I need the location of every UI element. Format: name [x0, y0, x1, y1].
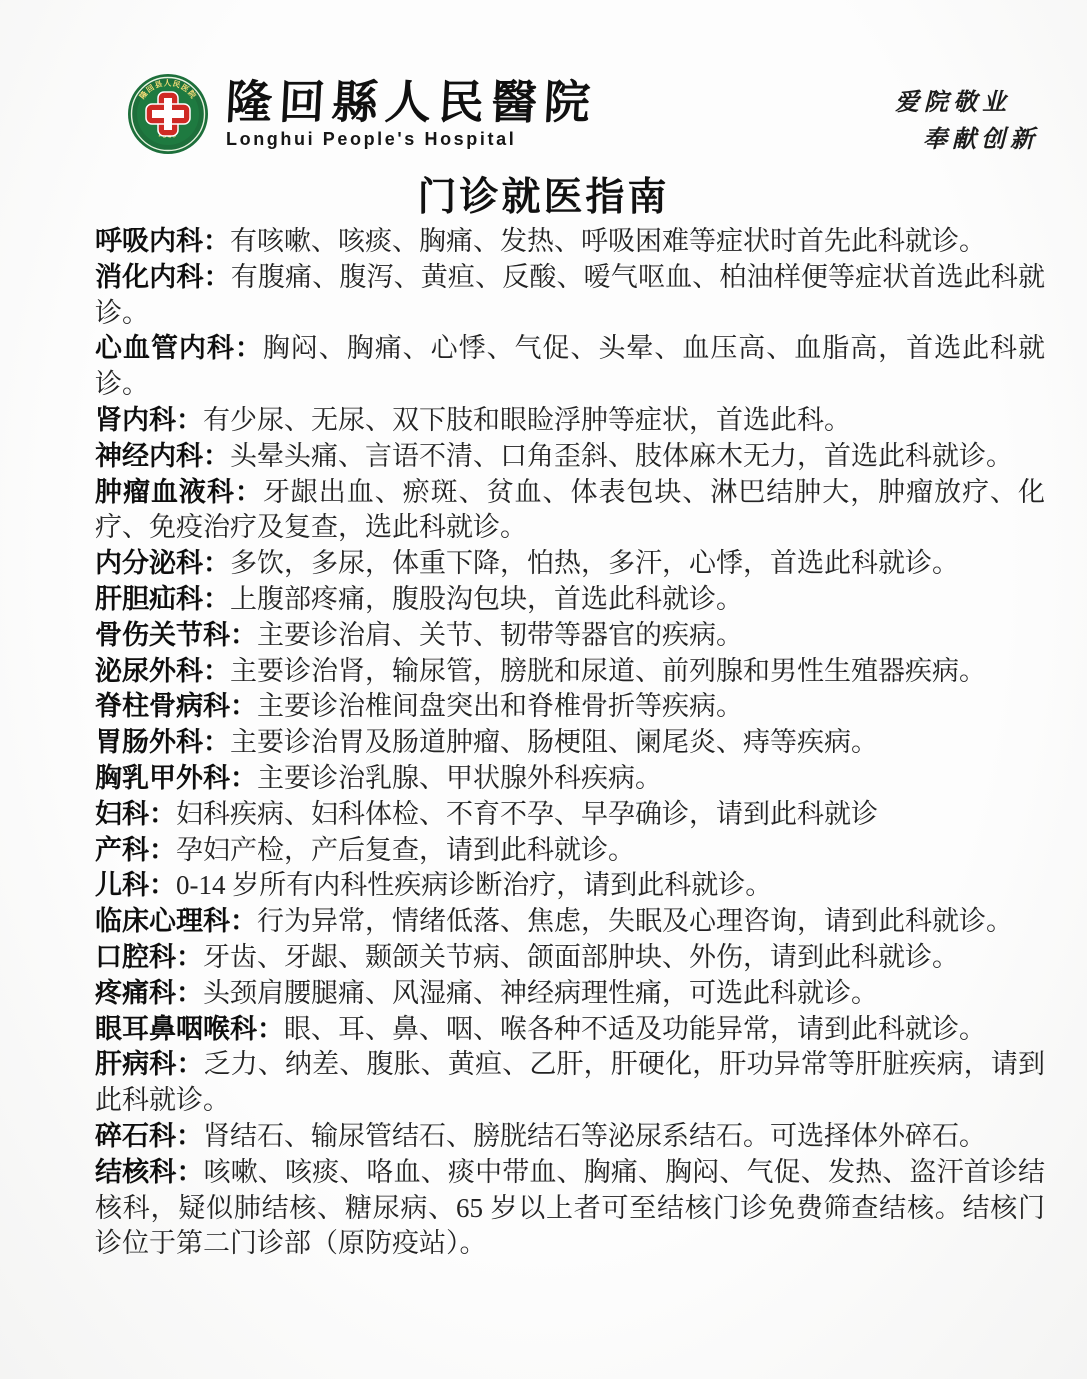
department-name: 疼痛科： [95, 978, 203, 1008]
hospital-motto: 爱院敬业 奉献创新 [895, 90, 1039, 151]
department-name: 碎石科： [95, 1121, 203, 1151]
department-description: 主要诊治胃及肠道肿瘤、肠梗阻、阑尾炎、痔等疾病。 [230, 727, 878, 757]
department-name: 肝胆疝科： [95, 584, 230, 614]
document-page: 隆回县人民医院 1949 隆回縣人民醫院 Longhui People's Ho… [0, 0, 1087, 1379]
department-name: 肾内科： [95, 405, 203, 435]
department-entry: 肝胆疝科：上腹部疼痛，腹股沟包块，首选此科就诊。 [95, 582, 1045, 618]
department-entry: 碎石科：肾结石、输尿管结石、膀胱结石等泌尿系结石。可选择体外碎石。 [95, 1119, 1045, 1155]
department-guide-list: 呼吸内科：有咳嗽、咳痰、胸痛、发热、呼吸困难等症状时首先此科就诊。 消化内科：有… [95, 224, 1045, 1262]
motto-line2: 奉献创新 [923, 127, 1039, 151]
department-description: 妇科疾病、妇科体检、不育不孕、早孕确诊，请到此科就诊 [176, 799, 878, 829]
hospital-name-block: 隆回縣人民醫院 Longhui People's Hospital [226, 72, 597, 150]
department-description: 有少尿、无尿、双下肢和眼睑浮肿等症状，首选此科。 [203, 405, 851, 435]
hospital-name-en: Longhui People's Hospital [226, 129, 597, 150]
department-description: 有咳嗽、咳痰、胸痛、发热、呼吸困难等症状时首先此科就诊。 [230, 226, 986, 256]
department-name: 妇科： [95, 799, 176, 829]
department-name: 临床心理科： [95, 906, 257, 936]
department-name: 胃肠外科： [95, 727, 230, 757]
department-name: 呼吸内科： [95, 226, 230, 256]
department-description: 乏力、纳差、腹胀、黄疸、乙肝，肝硬化，肝功异常等肝脏疾病，请到此科就诊。 [95, 1049, 1045, 1115]
department-entry: 结核科：咳嗽、咳痰、咯血、痰中带血、胸痛、胸闷、气促、发热、盗汗首诊结核科，疑似… [95, 1155, 1045, 1262]
department-description: 头晕头痛、言语不清、口角歪斜、肢体麻木无力，首选此科就诊。 [230, 441, 1013, 471]
department-name: 内分泌科： [95, 548, 230, 578]
department-entry: 口腔科：牙齿、牙龈、颞颌关节病、颌面部肿块、外伤，请到此科就诊。 [95, 940, 1045, 976]
department-entry: 心血管内科：胸闷、胸痛、心悸、气促、头晕、血压高、血脂高，首选此科就诊。 [95, 331, 1045, 403]
department-name: 胸乳甲外科： [95, 763, 257, 793]
department-name: 结核科： [95, 1157, 204, 1187]
page-title: 门诊就医指南 [0, 166, 1087, 222]
department-name: 心血管内科： [95, 333, 263, 363]
hospital-name-zh: 隆回縣人民醫院 [225, 78, 599, 126]
department-entry: 内分泌科：多饮，多尿，体重下降，怕热，多汗，心悸，首选此科就诊。 [95, 546, 1045, 582]
department-entry: 肾内科：有少尿、无尿、双下肢和眼睑浮肿等症状，首选此科。 [95, 403, 1045, 439]
department-entry: 脊柱骨病科：主要诊治椎间盘突出和脊椎骨折等疾病。 [95, 689, 1045, 725]
department-entry: 妇科：妇科疾病、妇科体检、不育不孕、早孕确诊，请到此科就诊 [95, 797, 1045, 833]
department-entry: 骨伤关节科：主要诊治肩、关节、韧带等器官的疾病。 [95, 618, 1045, 654]
department-entry: 呼吸内科：有咳嗽、咳痰、胸痛、发热、呼吸困难等症状时首先此科就诊。 [95, 224, 1045, 260]
department-name: 脊柱骨病科： [95, 691, 257, 721]
department-entry: 产科：孕妇产检，产后复查，请到此科就诊。 [95, 833, 1045, 869]
department-description: 孕妇产检，产后复查，请到此科就诊。 [176, 835, 635, 865]
department-entry: 神经内科：头晕头痛、言语不清、口角歪斜、肢体麻木无力，首选此科就诊。 [95, 439, 1045, 475]
hospital-logo-icon: 隆回县人民医院 1949 [126, 72, 210, 156]
department-name: 神经内科： [95, 441, 230, 471]
department-name: 儿科： [95, 870, 176, 900]
department-entry: 消化内科：有腹痛、腹泻、黄疸、反酸、嗳气呕血、柏油样便等症状首选此科就诊。 [95, 260, 1045, 332]
department-description: 有腹痛、腹泻、黄疸、反酸、嗳气呕血、柏油样便等症状首选此科就诊。 [95, 262, 1045, 328]
department-description: 0-14 岁所有内科性疾病诊断治疗，请到此科就诊。 [176, 870, 772, 900]
department-description: 多饮，多尿，体重下降，怕热，多汗，心悸，首选此科就诊。 [230, 548, 959, 578]
department-entry: 临床心理科：行为异常，情绪低落、焦虑，失眠及心理咨询，请到此科就诊。 [95, 904, 1045, 940]
department-name: 肝病科： [95, 1049, 204, 1079]
motto-line1: 爱院敬业 [895, 90, 1039, 114]
department-description: 咳嗽、咳痰、咯血、痰中带血、胸痛、胸闷、气促、发热、盗汗首诊结核科，疑似肺结核、… [95, 1157, 1045, 1259]
department-entry: 肿瘤血液科：牙龈出血、瘀斑、贫血、体表包块、淋巴结肿大，肿瘤放疗、化疗、免疫治疗… [95, 475, 1045, 547]
department-description: 主要诊治乳腺、甲状腺外科疾病。 [257, 763, 662, 793]
department-description: 牙齿、牙龈、颞颌关节病、颌面部肿块、外伤，请到此科就诊。 [203, 942, 959, 972]
department-entry: 肝病科：乏力、纳差、腹胀、黄疸、乙肝，肝硬化，肝功异常等肝脏疾病，请到此科就诊。 [95, 1047, 1045, 1119]
department-entry: 泌尿外科：主要诊治肾，输尿管，膀胱和尿道、前列腺和男性生殖器疾病。 [95, 654, 1045, 690]
department-name: 消化内科： [95, 262, 231, 292]
department-name: 眼耳鼻咽喉科： [95, 1014, 284, 1044]
department-description: 上腹部疼痛，腹股沟包块，首选此科就诊。 [230, 584, 743, 614]
department-entry: 胃肠外科：主要诊治胃及肠道肿瘤、肠梗阻、阑尾炎、痔等疾病。 [95, 725, 1045, 761]
department-description: 眼、耳、鼻、咽、喉各种不适及功能异常，请到此科就诊。 [284, 1014, 986, 1044]
hospital-logo-svg: 隆回县人民医院 1949 [126, 72, 210, 156]
department-entry: 疼痛科：头颈肩腰腿痛、风湿痛、神经病理性痛，可选此科就诊。 [95, 976, 1045, 1012]
department-name: 肿瘤血液科： [95, 477, 263, 507]
department-entry: 胸乳甲外科：主要诊治乳腺、甲状腺外科疾病。 [95, 761, 1045, 797]
department-description: 主要诊治椎间盘突出和脊椎骨折等疾病。 [257, 691, 743, 721]
department-description: 头颈肩腰腿痛、风湿痛、神经病理性痛，可选此科就诊。 [203, 978, 878, 1008]
header: 隆回县人民医院 1949 隆回縣人民醫院 Longhui People's Ho… [126, 72, 597, 156]
department-entry: 眼耳鼻咽喉科：眼、耳、鼻、咽、喉各种不适及功能异常，请到此科就诊。 [95, 1012, 1045, 1048]
department-name: 产科： [95, 835, 176, 865]
department-description: 主要诊治肩、关节、韧带等器官的疾病。 [257, 620, 743, 650]
department-description: 主要诊治肾，输尿管，膀胱和尿道、前列腺和男性生殖器疾病。 [230, 656, 986, 686]
department-name: 骨伤关节科： [95, 620, 257, 650]
department-description: 行为异常，情绪低落、焦虑，失眠及心理咨询，请到此科就诊。 [257, 906, 1013, 936]
department-name: 口腔科： [95, 942, 203, 972]
department-description: 肾结石、输尿管结石、膀胱结石等泌尿系结石。可选择体外碎石。 [203, 1121, 986, 1151]
department-name: 泌尿外科： [95, 656, 230, 686]
department-entry: 儿科：0-14 岁所有内科性疾病诊断治疗，请到此科就诊。 [95, 868, 1045, 904]
